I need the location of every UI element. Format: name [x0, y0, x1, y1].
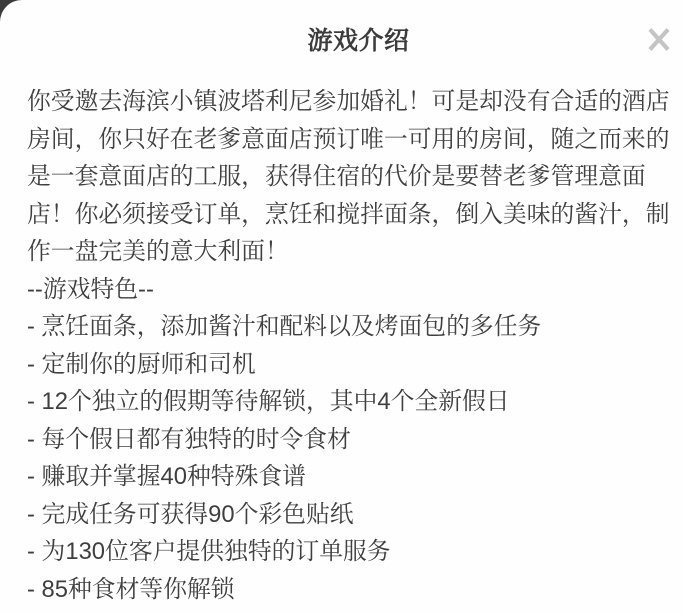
feature-item: - 烹饪面条，添加酱汁和配料以及烤面包的多任务: [27, 308, 672, 346]
feature-item: - 赚取并掌握40种特殊食谱: [27, 458, 672, 496]
feature-item: - 定制你的厨师和司机: [27, 346, 672, 384]
feature-item: - 为130位客户提供独特的订单服务: [27, 533, 672, 571]
features-heading: --游戏特色--: [27, 271, 672, 309]
feature-item: - 每个假日都有独特的时令食材: [27, 421, 672, 459]
dialog-title: 游戏介绍: [0, 21, 683, 57]
close-button[interactable]: [644, 24, 674, 54]
feature-item: - 85种食材等你解锁: [27, 571, 672, 609]
close-icon: [648, 26, 670, 53]
dialog-body: 你受邀去海滨小镇波塔利尼参加婚礼！可是却没有合适的酒店房间，你只好在老爹意面店预…: [27, 83, 672, 608]
feature-item: - 完成任务可获得90个彩色贴纸: [27, 496, 672, 534]
intro-paragraph: 你受邀去海滨小镇波塔利尼参加婚礼！可是却没有合适的酒店房间，你只好在老爹意面店预…: [27, 83, 672, 271]
feature-item: - 12个独立的假期等待解锁，其中4个全新假日: [27, 383, 672, 421]
game-intro-dialog: 游戏介绍 你受邀去海滨小镇波塔利尼参加婚礼！可是却没有合适的酒店房间，你只好在老…: [0, 0, 683, 613]
